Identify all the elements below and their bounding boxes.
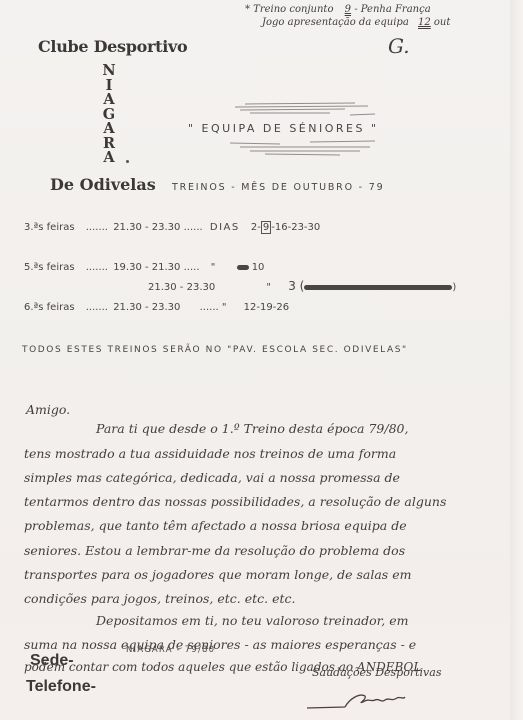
row-leader: ....... [86, 302, 108, 313]
row-dates: 3 ( [288, 279, 304, 293]
row-label: DIAS [210, 222, 240, 233]
row-day: 6.ªs feiras [24, 302, 75, 313]
row-day: 3.ªs feiras [24, 222, 75, 233]
row-dates: -16-23-30 [271, 222, 320, 233]
row-label: " [211, 262, 216, 273]
signature [305, 688, 415, 712]
row-leader: ....... [86, 222, 108, 233]
letter-line: Depositamos em ti, no teu valoroso trein… [96, 613, 408, 628]
schedule-row: 21.30 - 23.30 " 3 () [148, 279, 456, 293]
note-text: Jogo apresentação da equipa [262, 17, 409, 28]
schedule-row: 5.ªs feiras ....... 19.30 - 21.30 ..... … [24, 262, 264, 273]
note-day: 9 [345, 4, 351, 15]
schedule-row: 3.ªs feiras ....... 21.30 - 23.30 ......… [24, 222, 320, 233]
team-title: " EQUIPA DE SÉNIORES " [188, 122, 379, 135]
footer-telefone: Telefone- [26, 678, 96, 696]
row-time: 19.30 - 21.30 [113, 262, 180, 273]
letter-line: tentarmos dentro das nossas possibilidad… [24, 494, 446, 509]
letter-line: seniores. Estou a lembrar-me da resoluçã… [24, 543, 405, 558]
footer-sede: Sede- [30, 652, 74, 670]
dateline: NIAGARA - 79/80 [126, 645, 215, 655]
page-edge [510, 0, 523, 720]
letter-line: suma na nossa equipa de seniores - as ma… [24, 637, 416, 652]
margin-note-line-2: Jogo apresentação da equipa 12 out [262, 17, 450, 28]
row-label: " [222, 302, 227, 313]
row-dates: 10 [252, 262, 265, 273]
club-prefix: Clube Desportivo [38, 37, 187, 56]
schedule-title: TREINOS - MÊS DE OUTUBRO - 79 [172, 182, 384, 193]
letter-line: simples mas categórica, dedicada, vai a … [24, 470, 400, 485]
row-time: 21.30 - 23.30 [113, 222, 180, 233]
row-day: 5.ªs feiras [24, 262, 75, 273]
note-day: 12 [418, 17, 431, 28]
note-text: - Penha França [354, 4, 430, 15]
club-suffix: De Odivelas [50, 175, 156, 194]
closing: Saudações Desportivas [312, 666, 441, 679]
row-dates: 12-19-26 [244, 302, 289, 313]
initial-signature: G. [388, 34, 410, 58]
letter-line: condições para jogos, treinos, etc. etc.… [24, 591, 296, 606]
boxed-date: 9 [261, 221, 271, 234]
row-dates: 2- [251, 222, 261, 233]
club-letter: A [100, 151, 118, 166]
letter-line: Para ti que desde o 1.º Treino desta épo… [96, 421, 408, 436]
note-text: out [434, 17, 450, 28]
struck-out-text [304, 285, 452, 290]
location-note: TODOS ESTES TREINOS SERÃO NO "PAV. ESCOL… [22, 345, 408, 355]
note-text: * Treino conjunto [245, 4, 333, 15]
salutation: Amigo. [26, 402, 70, 417]
row-sep: ..... [184, 262, 200, 273]
ink-blot [237, 265, 249, 270]
row-sep: ...... [200, 302, 219, 313]
logo-dot [126, 160, 129, 163]
letter-line: transportes para os jogadores que moram … [24, 567, 411, 582]
letter-line: problemas, que tanto têm afectado a noss… [24, 518, 407, 533]
row-leader: ....... [86, 262, 108, 273]
row-time: 21.30 - 23.30 [148, 282, 215, 293]
letter-line: tens mostrado a tua assiduidade nos trei… [24, 446, 396, 461]
club-name-vertical: N I A G A R A [100, 64, 118, 166]
row-time: 21.30 - 23.30 [113, 302, 180, 313]
row-label: " [266, 282, 271, 293]
schedule-row: 6.ªs feiras ....... 21.30 - 23.30 ......… [24, 302, 289, 313]
row-sep: ...... [184, 222, 203, 233]
margin-note-line-1: * Treino conjunto 9 - Penha França [245, 4, 431, 15]
